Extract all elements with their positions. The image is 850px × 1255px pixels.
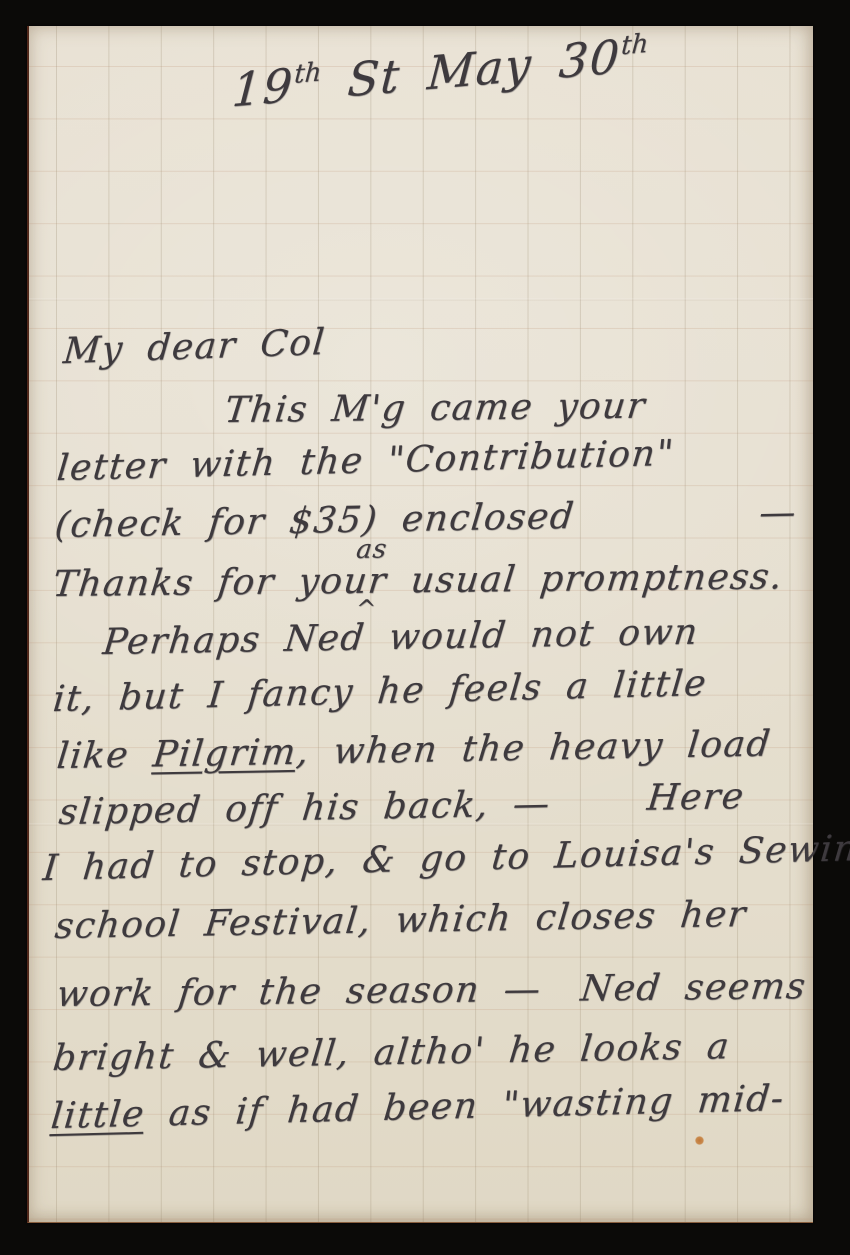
- trailing-dash: —: [757, 494, 798, 533]
- letter-line: (check for $35) enclosed —: [53, 494, 799, 545]
- letter-line: like Pilgrim, when the heavy load: [55, 726, 773, 776]
- letter-line: slipped off his back, — Here: [57, 781, 791, 832]
- letter-line-text: Here: [645, 778, 746, 818]
- dateline-date-ordinal: th: [620, 29, 649, 62]
- letter-line: bright & well, altho' he looks a: [51, 1028, 732, 1078]
- letter-line-text: usual promptness.: [385, 556, 786, 601]
- underlined-word: Pilgrim: [151, 732, 299, 776]
- letter-salutation: My dear Col: [62, 324, 328, 371]
- letter-dateline: 19th St May 30th: [231, 30, 650, 115]
- letter-line: This M'g came your: [223, 388, 648, 430]
- letter-line-text: slipped off his back, —: [57, 783, 553, 833]
- letter-line-text: (check for $35) enclosed: [53, 496, 577, 546]
- letter-line: Thanks for your usual promptness. as ^: [51, 558, 786, 603]
- letter-line-text: like: [55, 734, 155, 777]
- letter-line-text: as if had been "wasting mid-: [143, 1078, 787, 1135]
- letter-line-text: , when the heavy load: [295, 724, 774, 773]
- letter-line: work for the season — Ned seems: [55, 968, 789, 1013]
- letter-line-text: work for the season —: [55, 969, 544, 1015]
- fold-crease: [29, 298, 813, 301]
- inserted-word: as: [355, 537, 389, 565]
- letter-paper: 19th St May 30th My dear Col This M'g ca…: [27, 26, 813, 1223]
- letter-line-text: Ned seems: [579, 968, 809, 1008]
- letter-line: I had to stop, & go to Louisa's Sewing: [41, 829, 850, 887]
- underlined-word: little: [49, 1094, 147, 1137]
- letter-line: little as if had been "wasting mid-: [49, 1080, 786, 1136]
- letter-line: letter with the "Contribution": [55, 435, 676, 488]
- foxing-spot: [695, 1136, 704, 1145]
- letter-line-text: Thanks for your: [51, 560, 390, 605]
- dateline-day-ordinal: th: [293, 57, 322, 90]
- dateline-day: 19: [230, 58, 295, 118]
- letter-line: it, but I fancy he feels a little: [51, 665, 709, 719]
- letter-line: Perhaps Ned would not own: [101, 614, 701, 662]
- dateline-street-month: St May 30: [319, 29, 623, 110]
- letter-line: school Festival, which closes her: [53, 896, 749, 946]
